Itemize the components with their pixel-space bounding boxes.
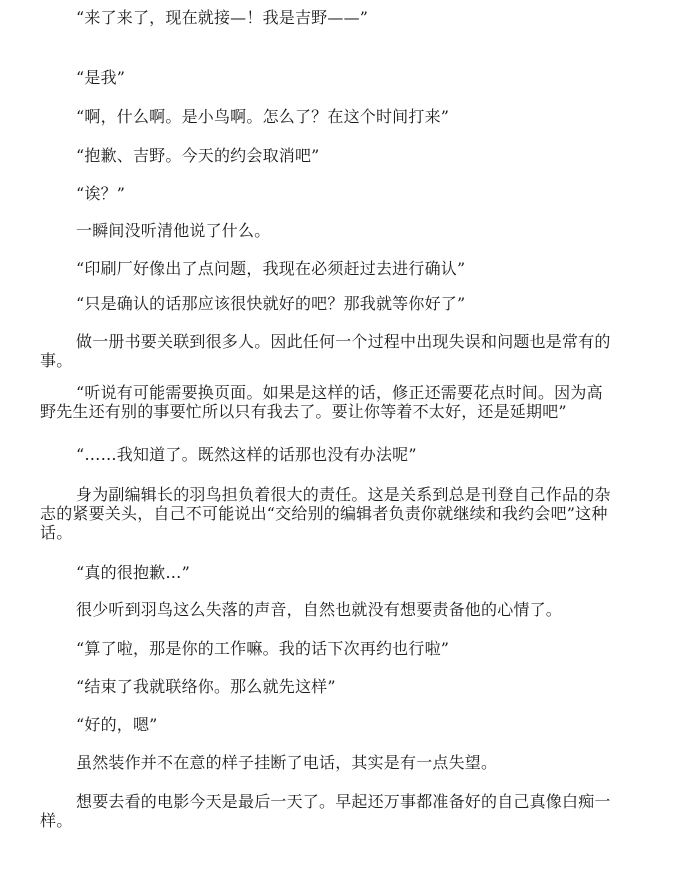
paragraph-19: 想要去看的电影今天是最后一天了。早起还万事都准备好的自己真像白痴一样。 xyxy=(40,792,615,830)
paragraph-17: “好的，嗯” xyxy=(40,715,615,734)
paragraph-14: 很少听到羽鸟这么失落的声音，自然也就没有想要责备他的心情了。 xyxy=(40,600,615,619)
paragraph-16: “结束了我就联络你。那么就先这样” xyxy=(40,677,615,696)
paragraph-8: “只是确认的话那应该很快就好的吧？那我就等你好了” xyxy=(40,294,615,313)
paragraph-5: “诶？” xyxy=(40,184,615,203)
paragraph-6: 一瞬间没听清他说了什么。 xyxy=(40,221,615,240)
paragraph-18: 虽然装作并不在意的样子挂断了电话，其实是有一点失望。 xyxy=(40,753,615,772)
paragraph-3: “啊，什么啊。是小鸟啊。怎么了？在这个时间打来” xyxy=(40,107,615,126)
paragraph-7: “印刷厂好像出了点问题，我现在必须赶过去进行确认” xyxy=(40,259,615,278)
paragraph-1: “来了来了，现在就接—！我是吉野——” xyxy=(40,8,615,27)
paragraph-10: “听说有可能需要换页面。如果是这样的话，修正还需要花点时间。因为高野先生还有别的… xyxy=(40,383,615,421)
paragraph-13: “真的很抱歉…” xyxy=(40,563,615,582)
paragraph-15: “算了啦，那是你的工作嘛。我的话下次再约也行啦” xyxy=(40,639,615,658)
paragraph-11: “……我知道了。既然这样的话那也没有办法呢” xyxy=(40,445,615,464)
paragraph-9: 做一册书要关联到很多人。因此任何一个过程中出现失误和问题也是常有的事。 xyxy=(40,332,615,370)
paragraph-2: “是我” xyxy=(40,68,615,87)
paragraph-4: “抱歉、吉野。今天的约会取消吧” xyxy=(40,146,615,165)
paragraph-12: 身为副编辑长的羽鸟担负着很大的责任。这是关系到总是刊登自己作品的杂志的紧要关头，… xyxy=(40,485,615,542)
